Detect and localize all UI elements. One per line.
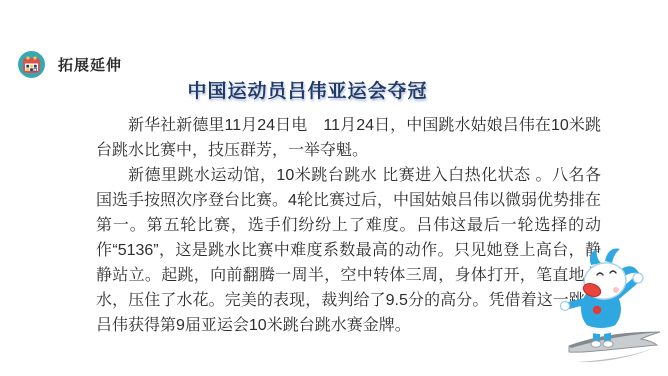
mascot-illustration [553, 246, 668, 376]
article-body: 新华社新德里11月24日电 11月24日，中国跳水姑娘吕伟在10米跳台跳水比赛中… [96, 113, 601, 338]
calendar-icon [18, 51, 45, 78]
article-paragraph-2: 新德里跳水运动馆，10米跳台跳水 比赛进入白热化状态 。八名各国选手按照次序登台… [96, 163, 601, 338]
diving-goat-icon [553, 246, 668, 376]
slide-title: 中国运动员吕伟亚运会夺冠 [0, 76, 615, 103]
article-paragraph-1: 新华社新德里11月24日电 11月24日，中国跳水姑娘吕伟在10米跳台跳水比赛中… [96, 113, 601, 163]
slide: 拓展延伸 中国运动员吕伟亚运会夺冠 新华社新德里11月24日电 11月24日，中… [0, 0, 668, 376]
section-badge-label: 拓展延伸 [58, 54, 122, 75]
section-badge: 拓展延伸 [18, 51, 122, 78]
